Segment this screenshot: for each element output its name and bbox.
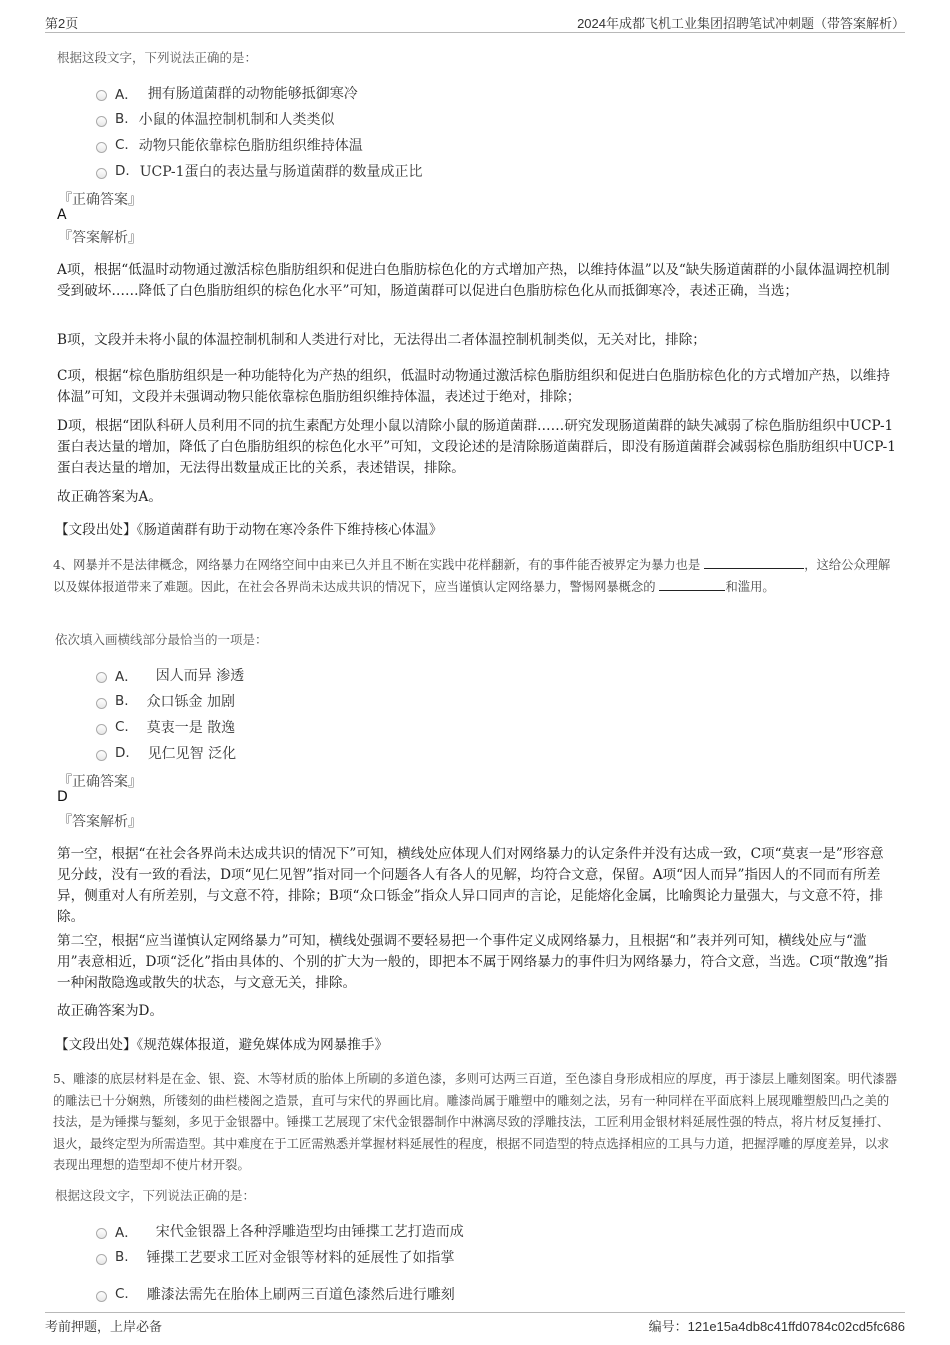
analysis-paragraph: C项，根据“棕色脂肪组织是一种功能特化为产热的组织，低温时动物通过激活棕色脂肪组… [57,366,897,408]
correct-answer-label: 『正确答案』 [58,771,142,791]
page-header: 第2页 2024年成都飞机工业集团招聘笔试冲刺题（带答案解析） [45,12,905,33]
q4-option-d[interactable]: D. 见仁见智 泛化 [96,743,236,763]
q5-option-b[interactable]: B. 锤揲工艺要求工匠对金银等材料的延展性了如指掌 [96,1247,455,1267]
q4-option-c[interactable]: C. 莫衷一是 散逸 [96,717,235,737]
radio-button-icon[interactable] [96,1291,107,1302]
radio-button-icon[interactable] [96,698,107,709]
correct-answer-value: D [57,789,68,805]
radio-button-icon[interactable] [96,116,107,127]
analysis-paragraph: 第一空，根据“在社会各界尚未达成共识的情况下”可知，横线处应体现人们对网络暴力的… [57,844,897,928]
conclusion: 故正确答案为D。 [57,1001,897,1022]
analysis-paragraph: 第二空，根据“应当谨慎认定网络暴力”可知，横线处强调不要轻易把一个事件定义成网络… [57,931,897,994]
footer-slogan: 考前押题，上岸必备 [45,1316,162,1335]
q4-stem: 4、网暴并不是法律概念，网络暴力在网络空间中由来已久并且不断在实践中花样翻新，有… [53,555,901,598]
conclusion: 故正确答案为A。 [57,487,897,508]
q4-option-b[interactable]: B. 众口铄金 加剧 [96,691,235,711]
analysis-label: 『答案解析』 [58,227,142,247]
q3-option-a[interactable]: A． 拥有肠道菌群的动物能够抵御寒冷 [96,83,358,103]
q3-prompt: 根据这段文字，下列说法正确的是： [57,48,257,66]
analysis-label: 『答案解析』 [58,811,142,831]
correct-answer-label: 『正确答案』 [58,189,142,209]
source-citation: 【文段出处】《规范媒体报道，避免媒体成为网暴推手》 [55,1035,895,1056]
q5-option-c[interactable]: C. 雕漆法需先在胎体上刷两三百道色漆然后进行雕刻 [96,1284,455,1304]
radio-button-icon[interactable] [96,724,107,735]
analysis-paragraph: D项，根据“团队科研人员利用不同的抗生素配方处理小鼠以清除小鼠的肠道菌群……研究… [57,416,897,479]
radio-button-icon[interactable] [96,1254,107,1265]
correct-answer-value: A [57,207,67,223]
q3-option-b[interactable]: B. 小鼠的体温控制机制和人类类似 [96,109,335,129]
q4-option-a[interactable]: A． 因人而异 渗透 [96,665,244,685]
radio-button-icon[interactable] [96,672,107,683]
blank-line-2 [659,579,725,591]
source-citation: 【文段出处】《肠道菌群有助于动物在寒冷条件下维持核心体温》 [55,520,895,541]
radio-button-icon[interactable] [96,750,107,761]
analysis-paragraph: A项，根据“低温时动物通过激活棕色脂肪组织和促进白色脂肪棕色化的方式增加产热，以… [57,260,897,302]
q3-option-c[interactable]: C. 动物只能依靠棕色脂肪组织维持体温 [96,135,363,155]
serial-number: 编号：121e15a4db8c41ffd0784c02cd5fc686 [649,1316,905,1335]
page-footer: 考前押题，上岸必备 编号：121e15a4db8c41ffd0784c02cd5… [45,1312,905,1334]
radio-button-icon[interactable] [96,1228,107,1239]
page-number: 第2页 [45,13,78,32]
q4-prompt: 依次填入画横线部分最恰当的一项是： [55,630,268,648]
analysis-paragraph: B项，文段并未将小鼠的体温控制机制和人类进行对比，无法得出二者体温控制机制类似，… [57,330,897,351]
q3-option-d[interactable]: D. UCP-1蛋白的表达量与肠道菌群的数量成正比 [96,161,423,181]
blank-line-1 [704,557,804,569]
radio-button-icon[interactable] [96,168,107,179]
document-title: 2024年成都飞机工业集团招聘笔试冲刺题（带答案解析） [577,13,905,32]
radio-button-icon[interactable] [96,90,107,101]
q5-option-a[interactable]: A． 宋代金银器上各种浮雕造型均由锤揲工艺打造而成 [96,1221,464,1241]
q5-prompt: 根据这段文字，下列说法正确的是： [55,1186,255,1204]
radio-button-icon[interactable] [96,142,107,153]
q5-stem: 5、雕漆的底层材料是在金、银、瓷、木等材质的胎体上所刷的多道色漆，多则可达两三百… [53,1069,901,1177]
